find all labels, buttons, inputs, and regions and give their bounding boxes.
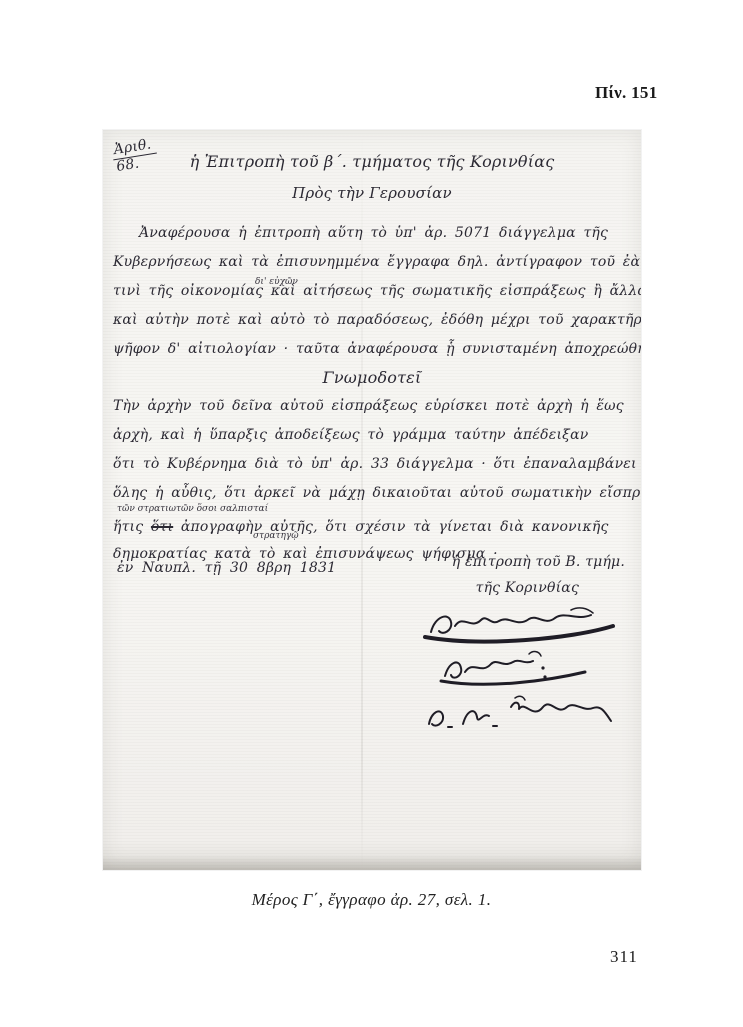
plate-label: Πίν. 151 <box>595 83 715 103</box>
manuscript-centered-word: Γνωμοδοτεῖ <box>103 368 641 387</box>
manuscript-scan: Ἀριθ. 68. ἡ Ἐπιτροπὴ τοῦ β΄. τμήματος τῆ… <box>103 130 641 870</box>
manuscript-date-line: ἐν Ναυπλ. τῇ 30 8βρη 1831 <box>117 560 336 576</box>
book-page: { "page": { "plate_label": "Πίν. 151", "… <box>0 0 743 1027</box>
para1-line1: Ἀναφέρουσα ἡ ἐπιτροπὴ αὕτη τὸ ὑπ' ἀρ. 50… <box>113 225 608 241</box>
signature-flourish-1 <box>421 606 617 648</box>
signature-flourish-2 <box>437 650 589 692</box>
para2-interlinear-insertion-2: στρατηγῷ <box>253 531 299 541</box>
manuscript-closing-line1: ἡ ἐπιτροπὴ τοῦ Β. τμήμ. <box>452 554 625 570</box>
para2-line5-pre: ἥτις <box>113 519 151 535</box>
para2-line5: ἥτις ὅτι ἀπογραφὴν αὐτῆς, ὅτι σχέσιν τὰ … <box>113 519 609 535</box>
para2-line2: ἀρχὴ, καὶ ἡ ὕπαρξις ἀποδείξεως τὸ γράμμα… <box>113 427 588 443</box>
para1-line4: καὶ αὐτὴν ποτὲ καὶ αὐτὸ τὸ παραδόσεως, ἐ… <box>113 312 641 328</box>
manuscript-closing-line2: τῆς Κορινθίας <box>476 580 579 596</box>
manuscript-heading-line1: ἡ Ἐπιτροπὴ τοῦ β΄. τμήματος τῆς Κορινθία… <box>103 152 641 171</box>
para1-line5: ψῆφον δ' αἰτιολογίαν · ταῦτα ἀναφέρουσα … <box>113 341 641 357</box>
para2-line5-struck-word: ὅτι <box>151 519 173 535</box>
manuscript-heading-line2: Πρὸς τὴν Γερουσίαν <box>103 184 641 202</box>
signature-flourish-3 <box>419 694 617 738</box>
page-number: 311 <box>610 947 638 967</box>
figure-caption: Μέρος Γ΄, ἔγγραφο ἀρ. 27, σελ. 1. <box>0 890 743 910</box>
para2-interlinear-insertion-1: τῶν στρατιωτῶν ὅσοι σαλπισταί <box>117 504 268 514</box>
para2-line1: Τὴν ἀρχὴν τοῦ δεῖνα αὐτοῦ εἰσπράξεως εὑρ… <box>113 398 624 414</box>
para1-line3: τινὶ τῆς οἰκονομίας καὶ αἰτήσεως τῆς σωμ… <box>113 283 641 299</box>
para2-line5-post: ἀπογραφὴν αὐτῆς, ὅτι σχέσιν τὰ γίνεται δ… <box>173 519 608 535</box>
para2-line4: ὅλης ἡ αὖθις, ὅτι ἀρκεῖ νὰ μάχῃ δικαιοῦτ… <box>113 485 641 501</box>
para2-line3: ὅτι τὸ Κυβέρνημα διὰ τὸ ὑπ' ἀρ. 33 διάγγ… <box>113 456 637 472</box>
signature-block <box>407 606 617 746</box>
para1-line2: Κυβερνήσεως καὶ τὰ ἐπισυνημμένα ἔγγραφα … <box>113 254 641 270</box>
